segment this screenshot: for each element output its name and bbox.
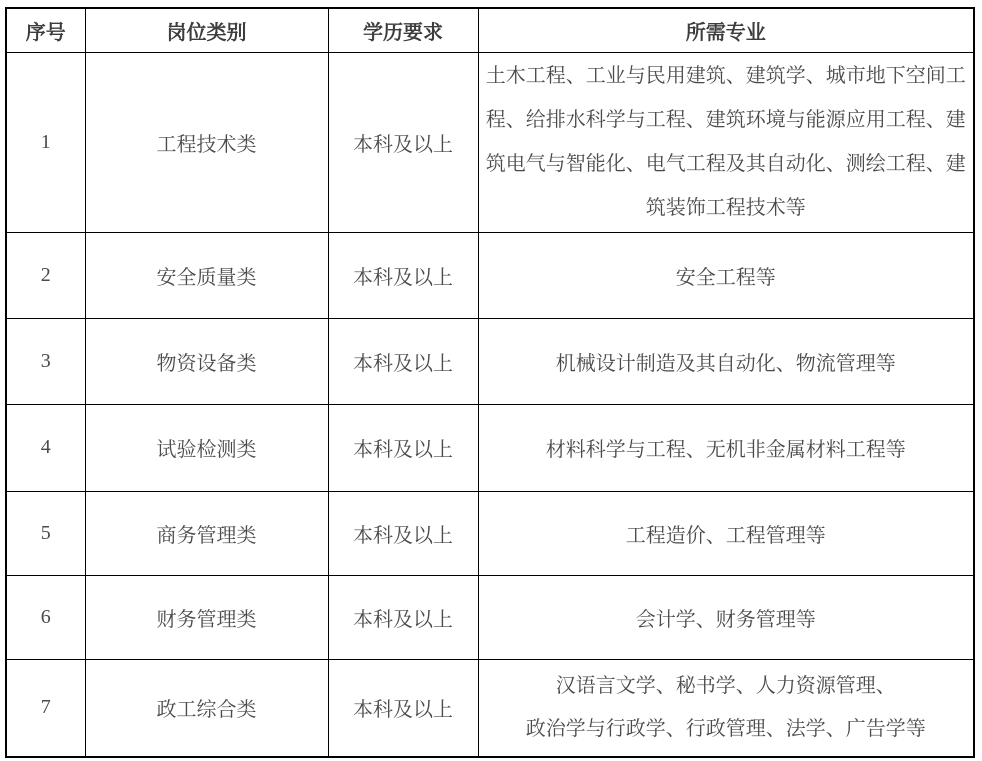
cell-education: 本科及以上 [328,232,478,318]
table-row: 4 试验检测类 本科及以上 材料科学与工程、无机非金属材料工程等 [6,404,974,491]
cell-education: 本科及以上 [328,575,478,659]
cell-majors: 汉语言文学、秘书学、人力资源管理、 政治学与行政学、行政管理、法学、广告学等 [478,659,974,757]
cell-majors: 土木工程、工业与民用建筑、建筑学、城市地下空间工程、给排水科学与工程、建筑环境与… [478,52,974,232]
document-page: 序号 岗位类别 学历要求 所需专业 1 工程技术类 本科及以上 土木工程、工业与… [0,0,982,761]
cell-no: 3 [6,318,85,404]
cell-no: 6 [6,575,85,659]
table-row: 6 财务管理类 本科及以上 会计学、财务管理等 [6,575,974,659]
cell-category: 商务管理类 [85,491,328,575]
table-row: 5 商务管理类 本科及以上 工程造价、工程管理等 [6,491,974,575]
cell-no: 4 [6,404,85,491]
cell-no: 2 [6,232,85,318]
cell-category: 物资设备类 [85,318,328,404]
cell-category: 安全质量类 [85,232,328,318]
cell-category: 工程技术类 [85,52,328,232]
cell-education: 本科及以上 [328,659,478,757]
cell-majors: 安全工程等 [478,232,974,318]
cell-education: 本科及以上 [328,404,478,491]
cell-education: 本科及以上 [328,491,478,575]
header-cell-majors: 所需专业 [478,8,974,52]
job-positions-table: 序号 岗位类别 学历要求 所需专业 1 工程技术类 本科及以上 土木工程、工业与… [5,7,975,758]
table-row: 7 政工综合类 本科及以上 汉语言文学、秘书学、人力资源管理、 政治学与行政学、… [6,659,974,757]
cell-majors: 机械设计制造及其自动化、物流管理等 [478,318,974,404]
cell-category: 财务管理类 [85,575,328,659]
cell-no: 5 [6,491,85,575]
cell-majors: 材料科学与工程、无机非金属材料工程等 [478,404,974,491]
cell-no: 7 [6,659,85,757]
cell-education: 本科及以上 [328,318,478,404]
table-row: 2 安全质量类 本科及以上 安全工程等 [6,232,974,318]
cell-education: 本科及以上 [328,52,478,232]
cell-category: 试验检测类 [85,404,328,491]
cell-majors: 会计学、财务管理等 [478,575,974,659]
header-cell-category: 岗位类别 [85,8,328,52]
table-row: 3 物资设备类 本科及以上 机械设计制造及其自动化、物流管理等 [6,318,974,404]
table-row: 1 工程技术类 本科及以上 土木工程、工业与民用建筑、建筑学、城市地下空间工程、… [6,52,974,232]
header-row: 序号 岗位类别 学历要求 所需专业 [6,8,974,52]
cell-majors: 工程造价、工程管理等 [478,491,974,575]
header-cell-education: 学历要求 [328,8,478,52]
cell-no: 1 [6,52,85,232]
cell-category: 政工综合类 [85,659,328,757]
header-cell-no: 序号 [6,8,85,52]
